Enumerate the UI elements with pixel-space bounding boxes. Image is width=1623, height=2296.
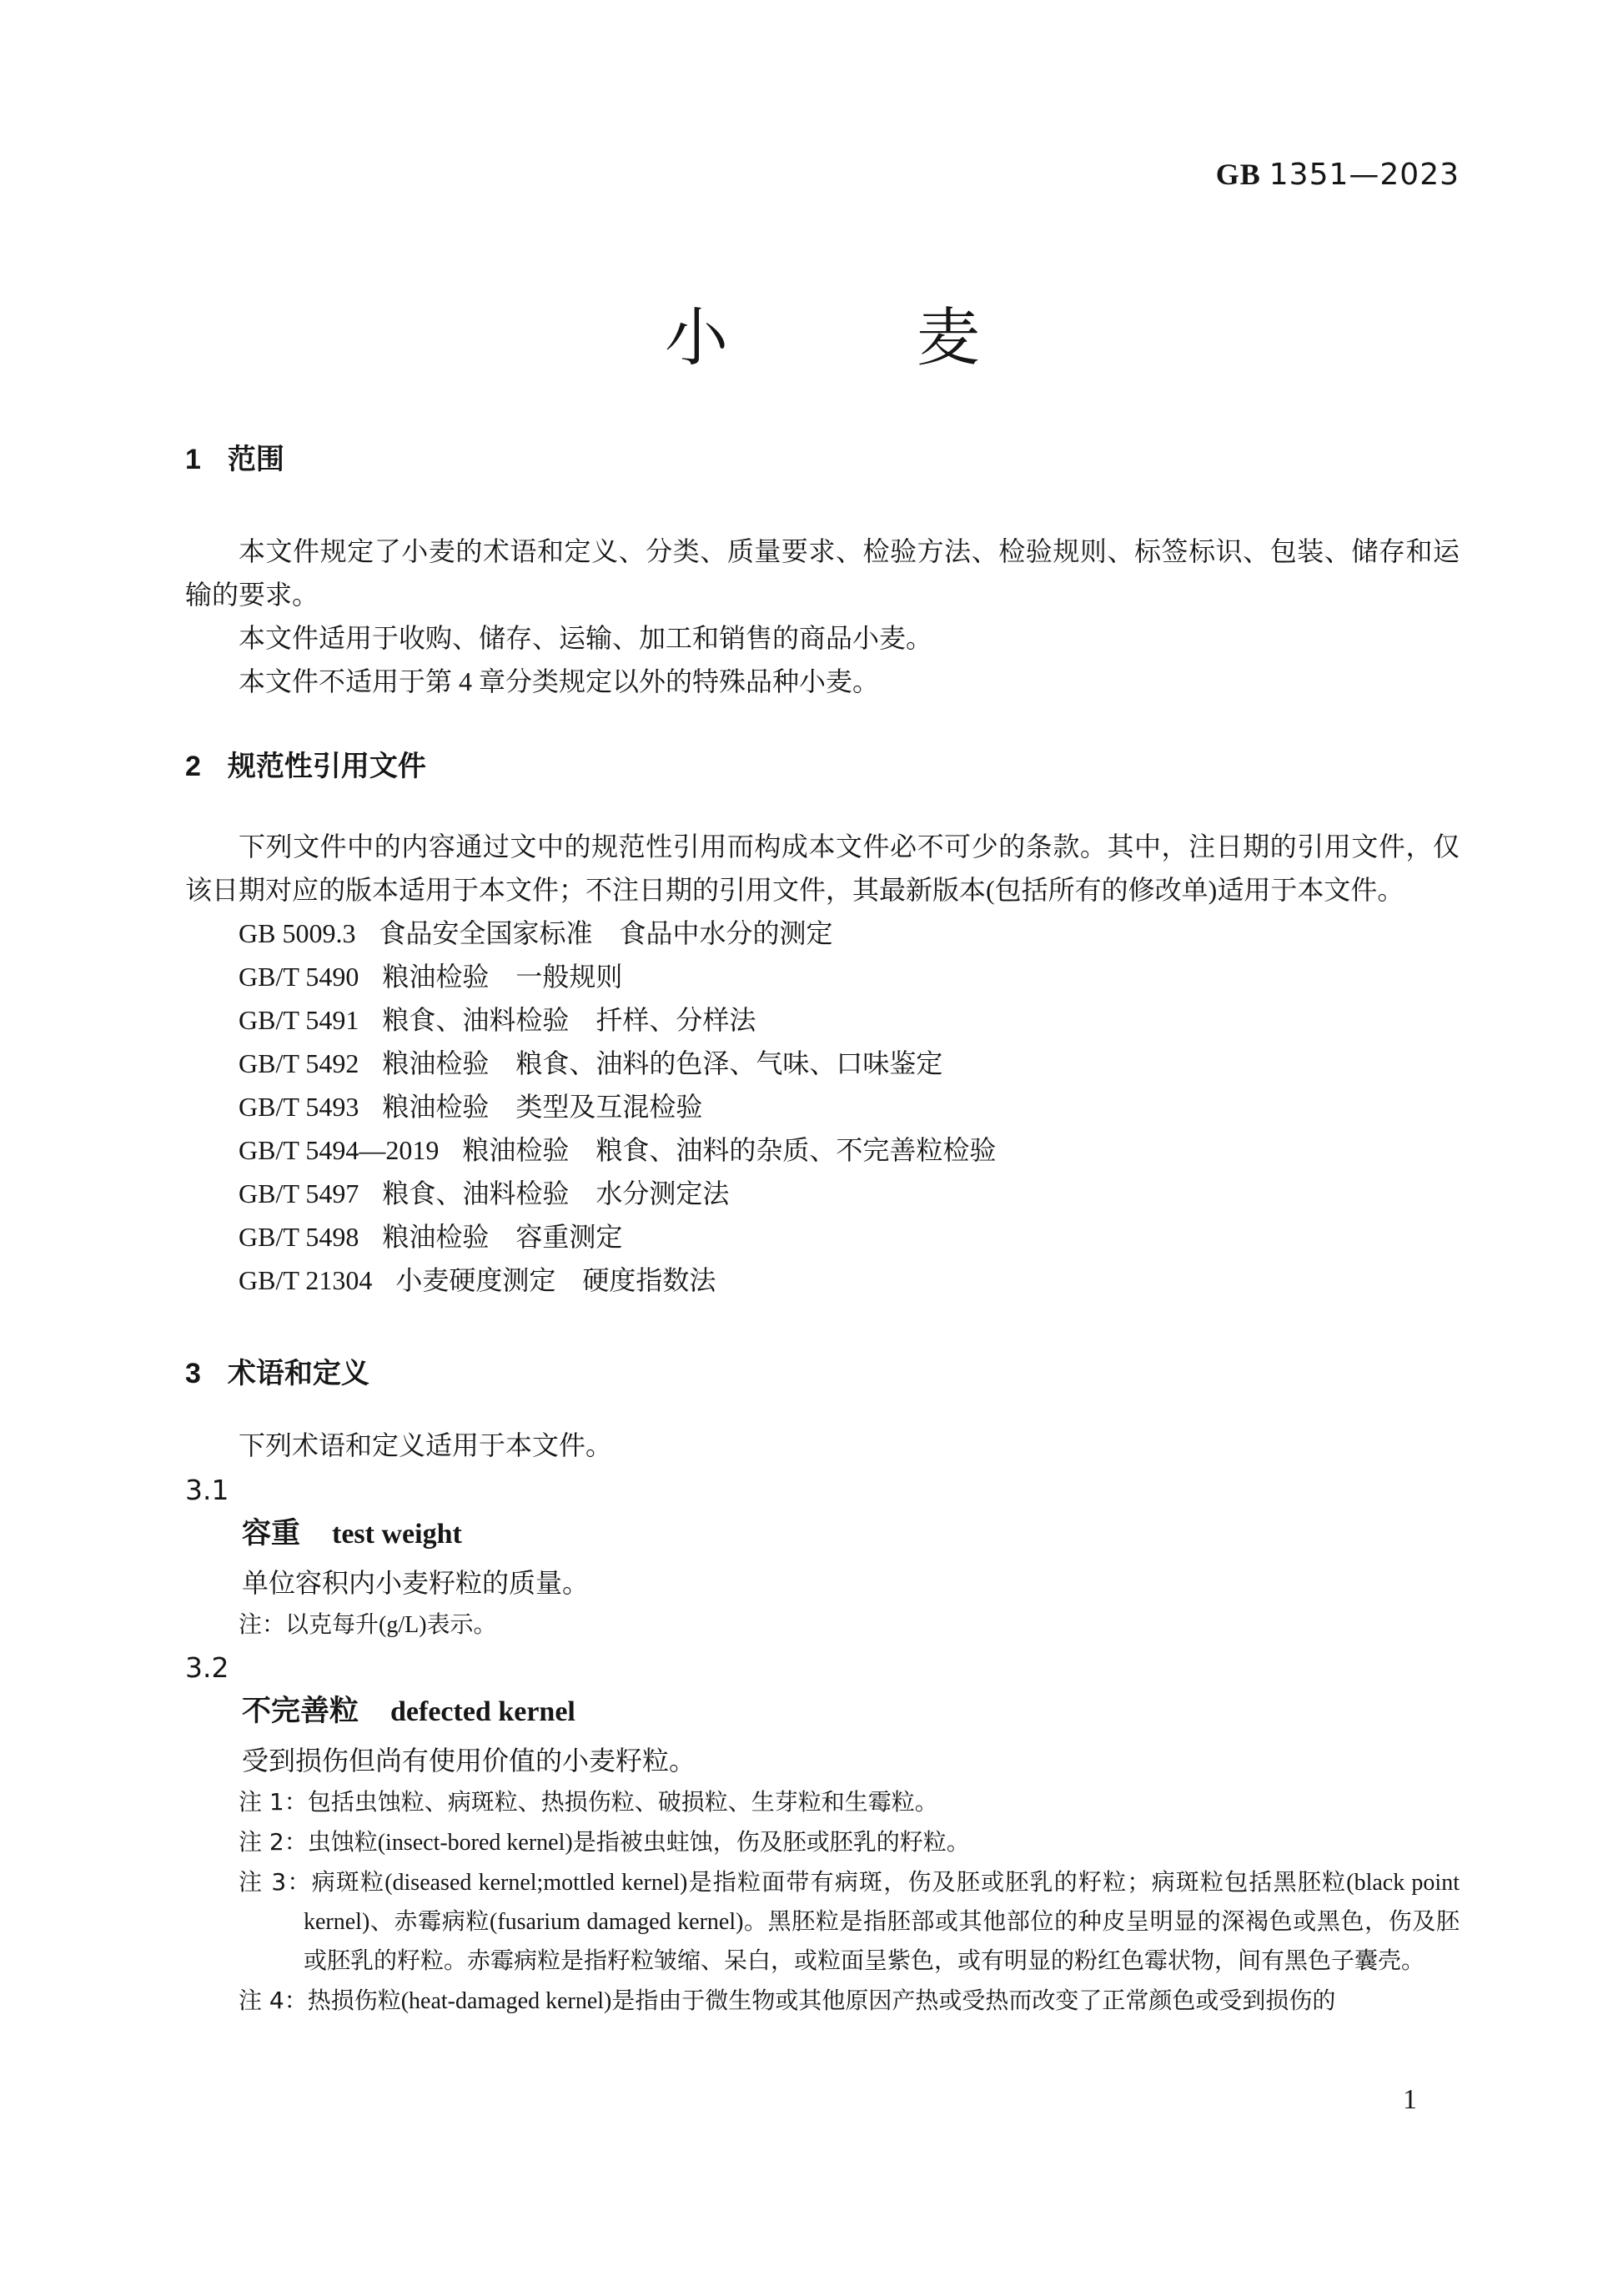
reference-title: 粮油检验 容重测定 [382,1222,622,1252]
note-label: 注： [239,1610,285,1638]
document-title: 小 麦 [185,304,1460,373]
section-3-number: 3 [185,1358,201,1389]
standard-code-number: 1351—2023 [1269,158,1460,192]
reference-item: GB/T 5498粮油检验 容重测定 [239,1215,1460,1259]
reference-title: 粮油检验 类型及互混检验 [382,1092,702,1122]
reference-title: 粮食、油料检验 水分测定法 [382,1178,729,1208]
reference-title: 食品安全国家标准 食品中水分的测定 [379,918,832,948]
page-number: 1 [1403,2083,1417,2117]
section-1-paragraph: 本文件不适用于第 4 章分类规定以外的特殊品种小麦。 [185,660,1460,703]
note-text: 热损伤粒(heat-damaged kernel)是指由于微生物或其他原因产热或… [308,1988,1336,2014]
term-en-defected-kernel: defected kernel [390,1696,575,1727]
term-heading-rongzhong: 容重test weight [242,1512,1460,1561]
reference-code: GB/T 5493 [239,1092,359,1122]
page-content: GB1351—2023 小 麦 1范围 本文件规定了小麦的术语和定义、分类、质量… [185,0,1460,2021]
document-title-char-right: 麦 [917,304,980,373]
term-note: 注 1：包括虫蚀粒、病斑粒、热损伤粒、破损粒、生芽粒和生霉粒。 [239,1782,1460,1822]
note-text: 包括虫蚀粒、病斑粒、热损伤粒、破损粒、生芽粒和生霉粒。 [308,1790,938,1816]
section-1-heading: 1范围 [185,441,1460,478]
note-label: 注 4： [239,1987,308,2014]
reference-code: GB/T 5491 [239,1005,359,1035]
term-note: 注：以克每升(g/L)表示。 [239,1605,1460,1645]
section-1-paragraph: 本文件适用于收购、储存、运输、加工和销售的商品小麦。 [185,616,1460,660]
normative-references-list: GB 5009.3食品安全国家标准 食品中水分的测定 GB/T 5490粮油检验… [185,912,1460,1302]
reference-code: GB/T 5490 [239,962,359,992]
reference-title: 粮油检验 一般规则 [382,962,622,992]
reference-item: GB/T 5497粮食、油料检验 水分测定法 [239,1172,1460,1215]
reference-code: GB/T 5497 [239,1178,359,1208]
term-en-test-weight: test weight [332,1519,462,1550]
reference-item: GB 5009.3食品安全国家标准 食品中水分的测定 [239,912,1460,955]
reference-title: 小麦硬度测定 硬度指数法 [395,1265,716,1295]
term-heading-buwanshanli: 不完善粒defected kernel [242,1690,1460,1739]
reference-code: GB/T 5498 [239,1222,359,1252]
reference-code: GB/T 21304 [239,1265,372,1295]
note-label: 注 1： [239,1788,308,1816]
term-definition: 单位容积内小麦籽粒的质量。 [242,1561,1460,1605]
section-3-heading: 3术语和定义 [185,1355,1460,1392]
reference-item: GB/T 5490粮油检验 一般规则 [239,955,1460,998]
reference-item: GB/T 5494—2019粮油检验 粮食、油料的杂质、不完善粒检验 [239,1128,1460,1172]
reference-title: 粮油检验 粮食、油料的色泽、气味、口味鉴定 [382,1048,942,1078]
note-label: 注 3： [239,1868,312,1896]
section-3-title: 术语和定义 [228,1358,369,1389]
reference-title: 粮食、油料检验 扦样、分样法 [382,1005,756,1035]
term-zh-rongzhong: 容重 [242,1517,300,1550]
term-definition: 受到损伤但尚有使用价值的小麦籽粒。 [242,1739,1460,1782]
note-text: 虫蚀粒(insect-bored kernel)是指被虫蛀蚀，伤及胚或胚乳的籽粒… [308,1830,970,1856]
document-title-char-left: 小 [665,304,728,373]
reference-item: GB/T 21304小麦硬度测定 硬度指数法 [239,1259,1460,1302]
term-note: 注 2：虫蚀粒(insect-bored kernel)是指被虫蛀蚀，伤及胚或胚… [239,1822,1460,1862]
section-2-intro: 下列文件中的内容通过文中的规范性引用而构成本文件必不可少的条款。其中，注日期的引… [185,825,1460,912]
note-text: 以克每升(g/L)表示。 [285,1612,497,1638]
clause-number-3-1: 3.1 [185,1469,1460,1512]
note-label: 注 2： [239,1828,308,1856]
document-page: GB1351—2023 小 麦 1范围 本文件规定了小麦的术语和定义、分类、质量… [0,0,1623,2296]
reference-item: GB/T 5493粮油检验 类型及互混检验 [239,1085,1460,1128]
section-2-title: 规范性引用文件 [228,751,426,782]
reference-item: GB/T 5492粮油检验 粮食、油料的色泽、气味、口味鉴定 [239,1042,1460,1085]
section-1-number: 1 [185,444,201,475]
reference-title: 粮油检验 粮食、油料的杂质、不完善粒检验 [462,1135,996,1165]
standard-code: GB1351—2023 [185,0,1460,193]
section-2-number: 2 [185,751,201,782]
reference-code: GB/T 5492 [239,1048,359,1078]
section-3-intro: 下列术语和定义适用于本文件。 [185,1424,1460,1467]
section-1-title: 范围 [228,444,284,475]
term-note: 注 4：热损伤粒(heat-damaged kernel)是指由于微生物或其他原… [239,1981,1460,2021]
note-text: 病斑粒(diseased kernel;mottled kernel)是指粒面带… [304,1870,1460,1974]
section-1-paragraph: 本文件规定了小麦的术语和定义、分类、质量要求、检验方法、检验规则、标签标识、包装… [185,530,1460,616]
reference-code: GB/T 5494—2019 [239,1135,439,1165]
term-zh-buwanshanli: 不完善粒 [242,1695,359,1727]
standard-code-prefix: GB [1216,158,1261,191]
reference-code: GB 5009.3 [239,918,355,948]
clause-number-3-2: 3.2 [185,1646,1460,1690]
section-2-heading: 2规范性引用文件 [185,748,1460,785]
term-note: 注 3：病斑粒(diseased kernel;mottled kernel)是… [239,1862,1460,1981]
reference-item: GB/T 5491粮食、油料检验 扦样、分样法 [239,998,1460,1042]
